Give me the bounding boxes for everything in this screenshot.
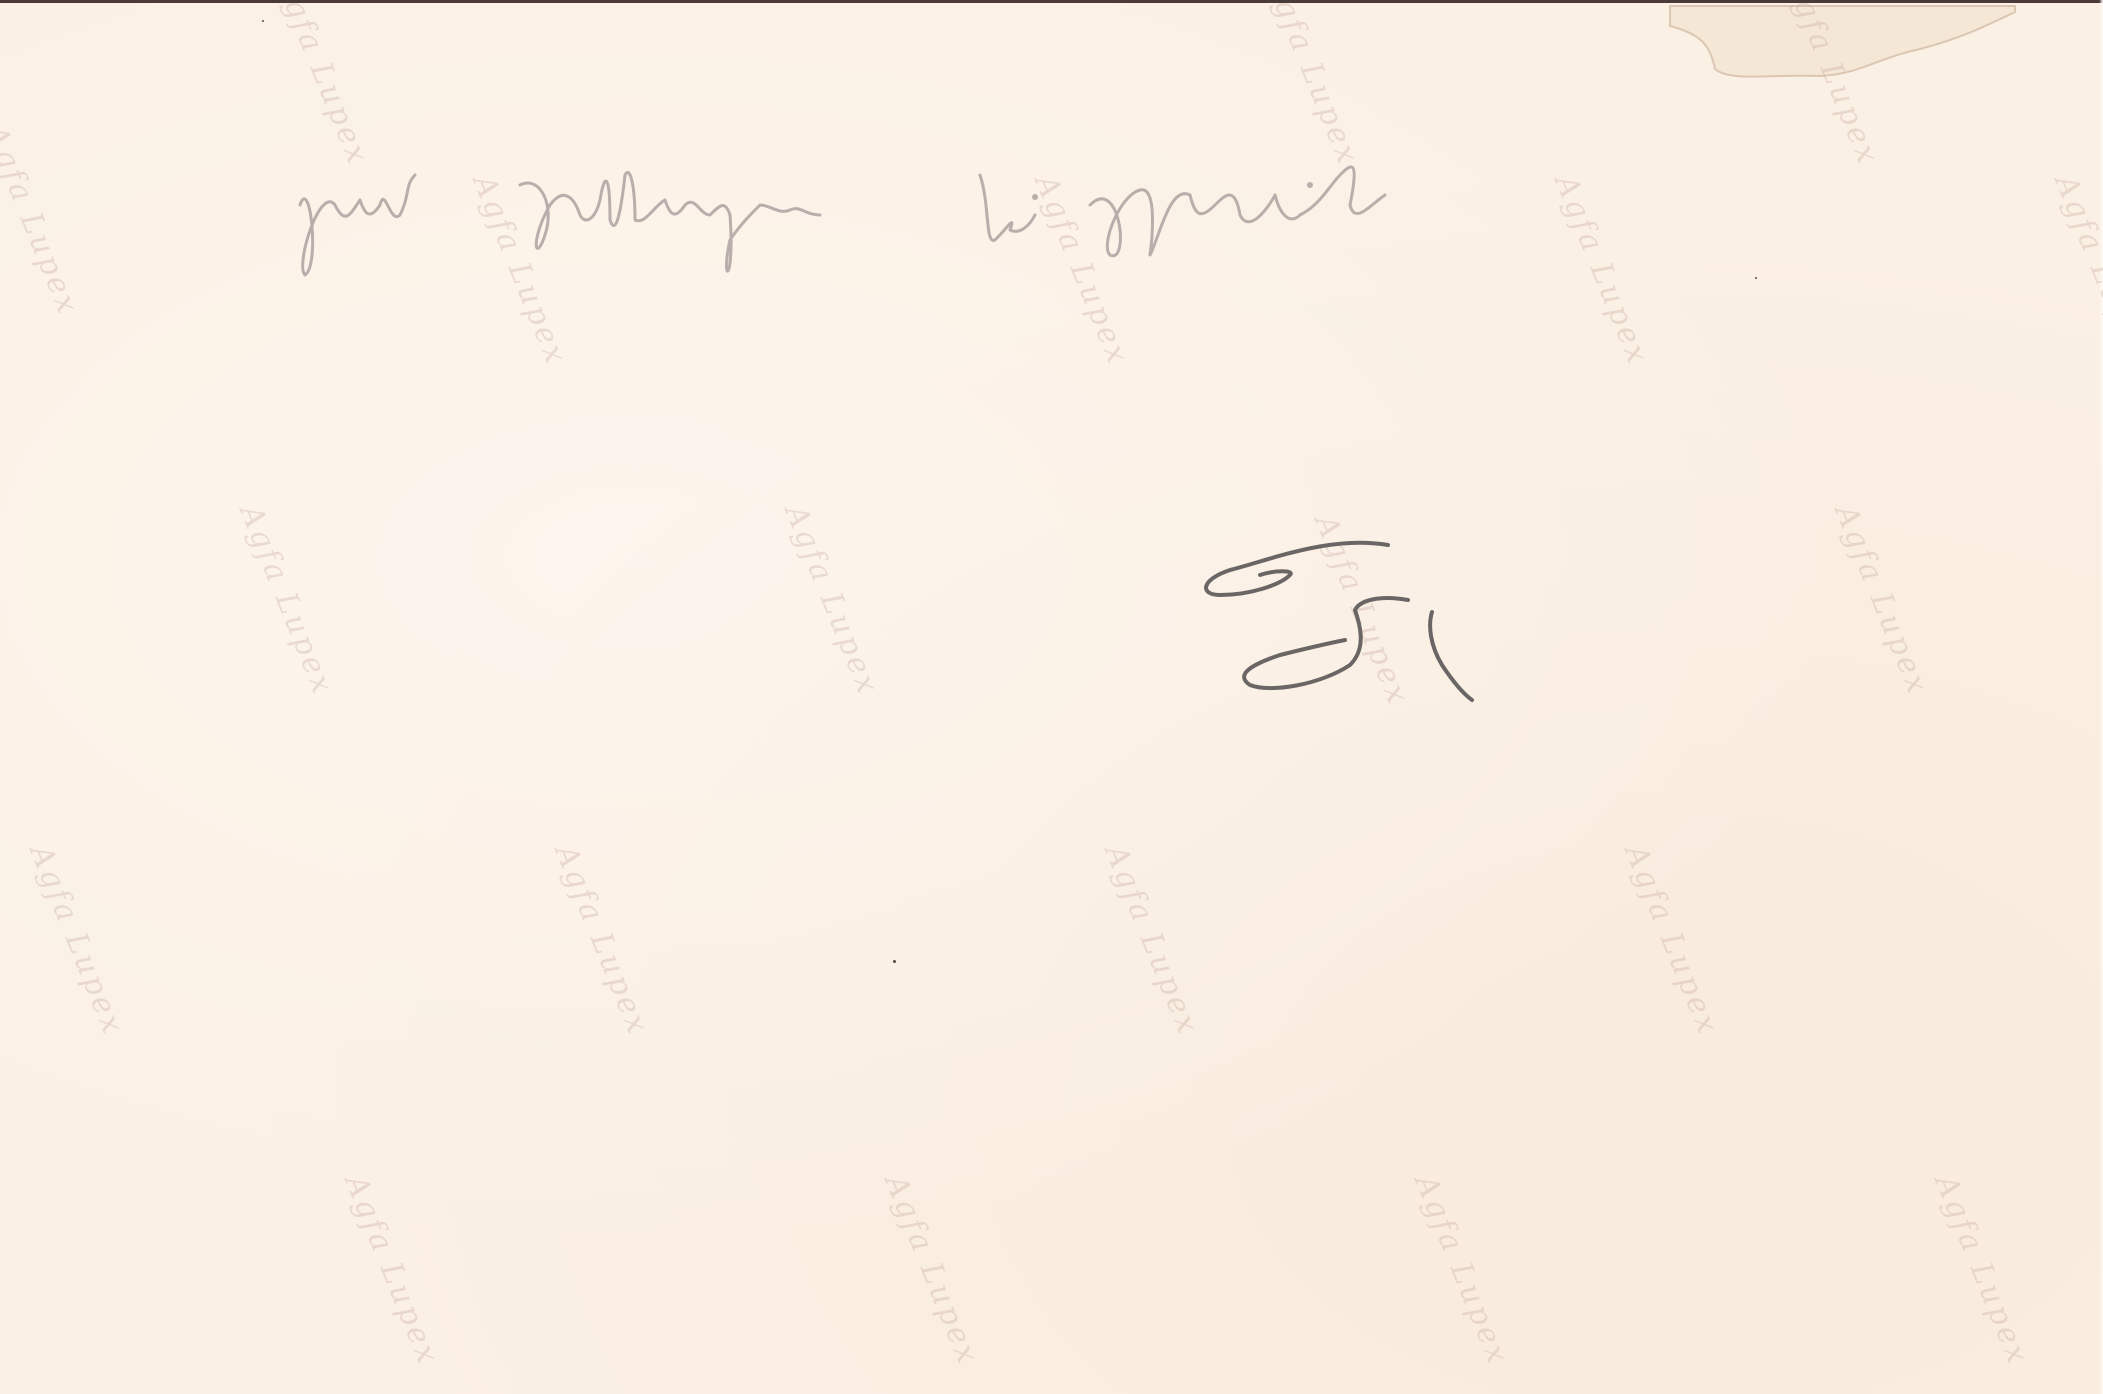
caption-script <box>290 145 1810 295</box>
right-edge <box>2099 0 2103 1394</box>
paper-speck <box>262 20 264 22</box>
watermark: Agfa Lupex <box>233 500 341 701</box>
watermark: Agfa Lupex <box>548 840 656 1041</box>
watermark: Agfa Lupex <box>1098 840 1206 1041</box>
water-stain <box>1660 4 2020 82</box>
watermark: Agfa Lupex <box>1928 1170 2036 1371</box>
watermark: Agfa Lupex <box>1828 500 1936 701</box>
watermark: Agfa Lupex <box>878 1170 986 1371</box>
paper-speck <box>1755 277 1757 279</box>
pencil-mark <box>1180 515 1480 715</box>
handwritten-caption: Rote Stellungen bei Madrid <box>290 145 1810 295</box>
paper-speck <box>893 960 896 963</box>
watermark: Agfa Lupex <box>0 120 86 321</box>
photo-back-sheet: Agfa Lupex Agfa Lupex Agfa Lupex Agfa Lu… <box>0 0 2103 1394</box>
top-edge <box>0 0 2103 3</box>
watermark: Agfa Lupex <box>23 840 131 1041</box>
watermark: Agfa Lupex <box>2048 170 2103 371</box>
watermark: Agfa Lupex <box>1618 840 1726 1041</box>
watermark: Agfa Lupex <box>778 500 886 701</box>
watermark: Agfa Lupex <box>338 1170 446 1371</box>
watermark: Agfa Lupex <box>1408 1170 1516 1371</box>
